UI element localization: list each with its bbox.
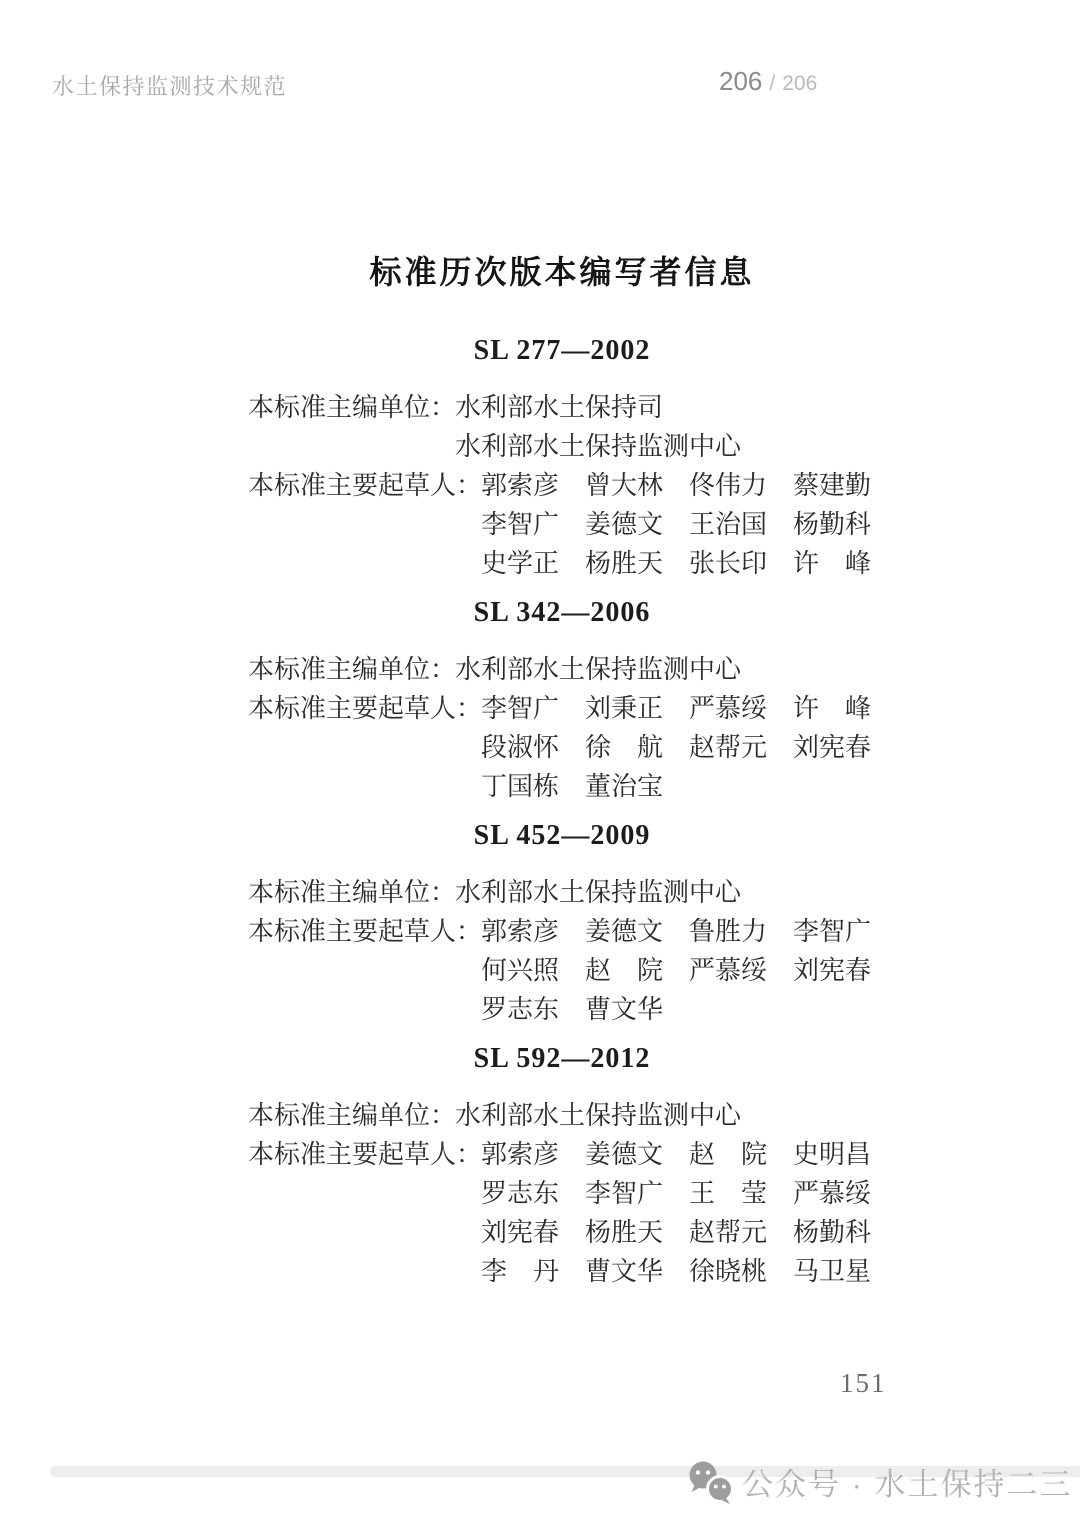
- page-total: 206: [782, 72, 817, 96]
- drafter-name: 马卫星: [793, 1258, 871, 1286]
- drafter-name: 史明昌: [793, 1141, 871, 1169]
- watermark-text: 公众号 · 水土保持二三: [742, 1466, 1073, 1504]
- drafter-names: 何兴照赵 院严慕绥刘宪春: [481, 957, 871, 985]
- drafter-row: 李智广姜德文王治国杨勤科: [248, 511, 876, 539]
- drafter-name: 李智广: [481, 511, 559, 539]
- drafter-name: 王 莹: [689, 1180, 767, 1208]
- drafter-name: 蔡建勤: [793, 472, 871, 500]
- drafter-names: 罗志东李智广王 莹严慕绥: [481, 1180, 871, 1208]
- document-page: 标准历次版本编写者信息 SL 277—2002本标准主编单位：水利部水土保持司水…: [248, 252, 876, 1297]
- drafter-row: 本标准主要起草人：郭索彦姜德文赵 院史明昌: [248, 1141, 876, 1169]
- drafter-name: 徐 航: [585, 734, 663, 762]
- drafter-name: 赵 院: [585, 957, 663, 985]
- drafter-name: 李智广: [585, 1180, 663, 1208]
- drafter-name: 罗志东: [481, 1180, 559, 1208]
- drafter-name: 郭索彦: [481, 918, 559, 946]
- drafter-name: 段淑怀: [481, 734, 559, 762]
- drafter-name: 王治国: [689, 511, 767, 539]
- page-number: 151: [840, 1368, 887, 1399]
- editor-org: 水利部水土保持监测中心: [455, 656, 741, 684]
- drafter-name: 董治宝: [585, 773, 663, 801]
- standard-section: SL 452—2009本标准主编单位：水利部水土保持监测中心本标准主要起草人：郭…: [248, 818, 876, 1024]
- drafter-names: 丁国栋董治宝: [481, 773, 663, 801]
- drafter-name: 刘宪春: [481, 1219, 559, 1247]
- drafter-name: 许 峰: [793, 695, 871, 723]
- section-heading: SL 342—2006: [248, 595, 876, 631]
- drafter-names: 罗志东曹文华: [481, 996, 663, 1024]
- drafter-row: 何兴照赵 院严慕绥刘宪春: [248, 957, 876, 985]
- drafter-names: 段淑怀徐 航赵帮元刘宪春: [481, 734, 871, 762]
- drafter-name: 佟伟力: [689, 472, 767, 500]
- drafter-name: 张长印: [689, 550, 767, 578]
- drafter-name: 丁国栋: [481, 773, 559, 801]
- drafter-name: 刘秉正: [585, 695, 663, 723]
- drafter-row: 本标准主要起草人：郭索彦姜德文鲁胜力李智广: [248, 918, 876, 946]
- drafter-label: 本标准主要起草人：: [248, 1141, 481, 1169]
- drafter-names: 史学正杨胜天张长印许 峰: [481, 550, 871, 578]
- editor-label: 本标准主编单位：: [248, 394, 455, 422]
- drafter-name: 曹文华: [585, 996, 663, 1024]
- drafter-names: 李 丹曹文华徐晓桃马卫星: [481, 1258, 871, 1286]
- drafter-label: 本标准主要起草人：: [248, 472, 481, 500]
- drafter-name: 罗志东: [481, 996, 559, 1024]
- drafter-name: 赵帮元: [689, 1219, 767, 1247]
- section-heading: SL 277—2002: [248, 333, 876, 369]
- drafter-name: 杨勤科: [793, 1219, 871, 1247]
- editor-org: 水利部水土保持司: [455, 394, 663, 422]
- editor-label: 本标准主编单位：: [248, 879, 455, 907]
- drafter-row: 段淑怀徐 航赵帮元刘宪春: [248, 734, 876, 762]
- wechat-icon: [686, 1461, 734, 1505]
- editor-org: 水利部水土保持监测中心: [455, 433, 741, 461]
- drafter-name: 史学正: [481, 550, 559, 578]
- editor-row: 水利部水土保持监测中心: [248, 433, 876, 461]
- drafter-names: 刘宪春杨胜天赵帮元杨勤科: [481, 1219, 871, 1247]
- drafter-names: 李智广姜德文王治国杨勤科: [481, 511, 871, 539]
- drafter-name: 鲁胜力: [689, 918, 767, 946]
- drafter-row: 罗志东李智广王 莹严慕绥: [248, 1180, 876, 1208]
- standard-section: SL 342—2006本标准主编单位：水利部水土保持监测中心本标准主要起草人：李…: [248, 595, 876, 801]
- drafter-name: 严慕绥: [689, 695, 767, 723]
- page-title: 标准历次版本编写者信息: [248, 252, 876, 292]
- editor-row: 本标准主编单位：水利部水土保持监测中心: [248, 879, 876, 907]
- drafter-name: 李智广: [481, 695, 559, 723]
- page-indicator: 206 / 206: [719, 66, 817, 97]
- drafter-row: 史学正杨胜天张长印许 峰: [248, 550, 876, 578]
- drafter-name: 刘宪春: [793, 957, 871, 985]
- drafter-row: 刘宪春杨胜天赵帮元杨勤科: [248, 1219, 876, 1247]
- drafter-name: 姜德文: [585, 511, 663, 539]
- editor-row: 本标准主编单位：水利部水土保持监测中心: [248, 1102, 876, 1130]
- drafter-row: 李 丹曹文华徐晓桃马卫星: [248, 1258, 876, 1286]
- drafter-name: 严慕绥: [793, 1180, 871, 1208]
- standard-section: SL 277—2002本标准主编单位：水利部水土保持司水利部水土保持监测中心本标…: [248, 333, 876, 578]
- section-heading: SL 452—2009: [248, 818, 876, 854]
- drafter-name: 何兴照: [481, 957, 559, 985]
- drafter-name: 曹文华: [585, 1258, 663, 1286]
- page-current: 206: [719, 66, 762, 97]
- drafter-name: 赵 院: [689, 1141, 767, 1169]
- editor-label: 本标准主编单位：: [248, 1102, 455, 1130]
- drafter-names: 郭索彦姜德文赵 院史明昌: [481, 1141, 871, 1169]
- sections: SL 277—2002本标准主编单位：水利部水土保持司水利部水土保持监测中心本标…: [248, 333, 876, 1286]
- drafter-names: 李智广刘秉正严慕绥许 峰: [481, 695, 871, 723]
- drafter-name: 严慕绥: [689, 957, 767, 985]
- drafter-label: 本标准主要起草人：: [248, 918, 481, 946]
- drafter-name: 杨勤科: [793, 511, 871, 539]
- drafter-name: 刘宪春: [793, 734, 871, 762]
- drafter-name: 赵帮元: [689, 734, 767, 762]
- editor-row: 本标准主编单位：水利部水土保持监测中心: [248, 656, 876, 684]
- drafter-name: 郭索彦: [481, 472, 559, 500]
- drafter-names: 郭索彦曾大林佟伟力蔡建勤: [481, 472, 871, 500]
- drafter-name: 曾大林: [585, 472, 663, 500]
- editor-label: 本标准主编单位：: [248, 656, 455, 684]
- standard-section: SL 592—2012本标准主编单位：水利部水土保持监测中心本标准主要起草人：郭…: [248, 1041, 876, 1286]
- drafter-name: 杨胜天: [585, 550, 663, 578]
- doc-title: 水土保持监测技术规范: [52, 70, 287, 101]
- drafter-name: 许 峰: [793, 550, 871, 578]
- section-heading: SL 592—2012: [248, 1041, 876, 1077]
- drafter-row: 罗志东曹文华: [248, 996, 876, 1024]
- drafter-name: 姜德文: [585, 1141, 663, 1169]
- drafter-row: 本标准主要起草人：郭索彦曾大林佟伟力蔡建勤: [248, 472, 876, 500]
- editor-row: 本标准主编单位：水利部水土保持司: [248, 394, 876, 422]
- page-separator: /: [769, 72, 775, 96]
- drafter-name: 李智广: [793, 918, 871, 946]
- drafter-row: 丁国栋董治宝: [248, 773, 876, 801]
- drafter-name: 徐晓桃: [689, 1258, 767, 1286]
- drafter-name: 姜德文: [585, 918, 663, 946]
- editor-org: 水利部水土保持监测中心: [455, 879, 741, 907]
- drafter-row: 本标准主要起草人：李智广刘秉正严慕绥许 峰: [248, 695, 876, 723]
- drafter-name: 郭索彦: [481, 1141, 559, 1169]
- editor-org: 水利部水土保持监测中心: [455, 1102, 741, 1130]
- drafter-label: 本标准主要起草人：: [248, 695, 481, 723]
- drafter-name: 李 丹: [481, 1258, 559, 1286]
- drafter-name: 杨胜天: [585, 1219, 663, 1247]
- drafter-names: 郭索彦姜德文鲁胜力李智广: [481, 918, 871, 946]
